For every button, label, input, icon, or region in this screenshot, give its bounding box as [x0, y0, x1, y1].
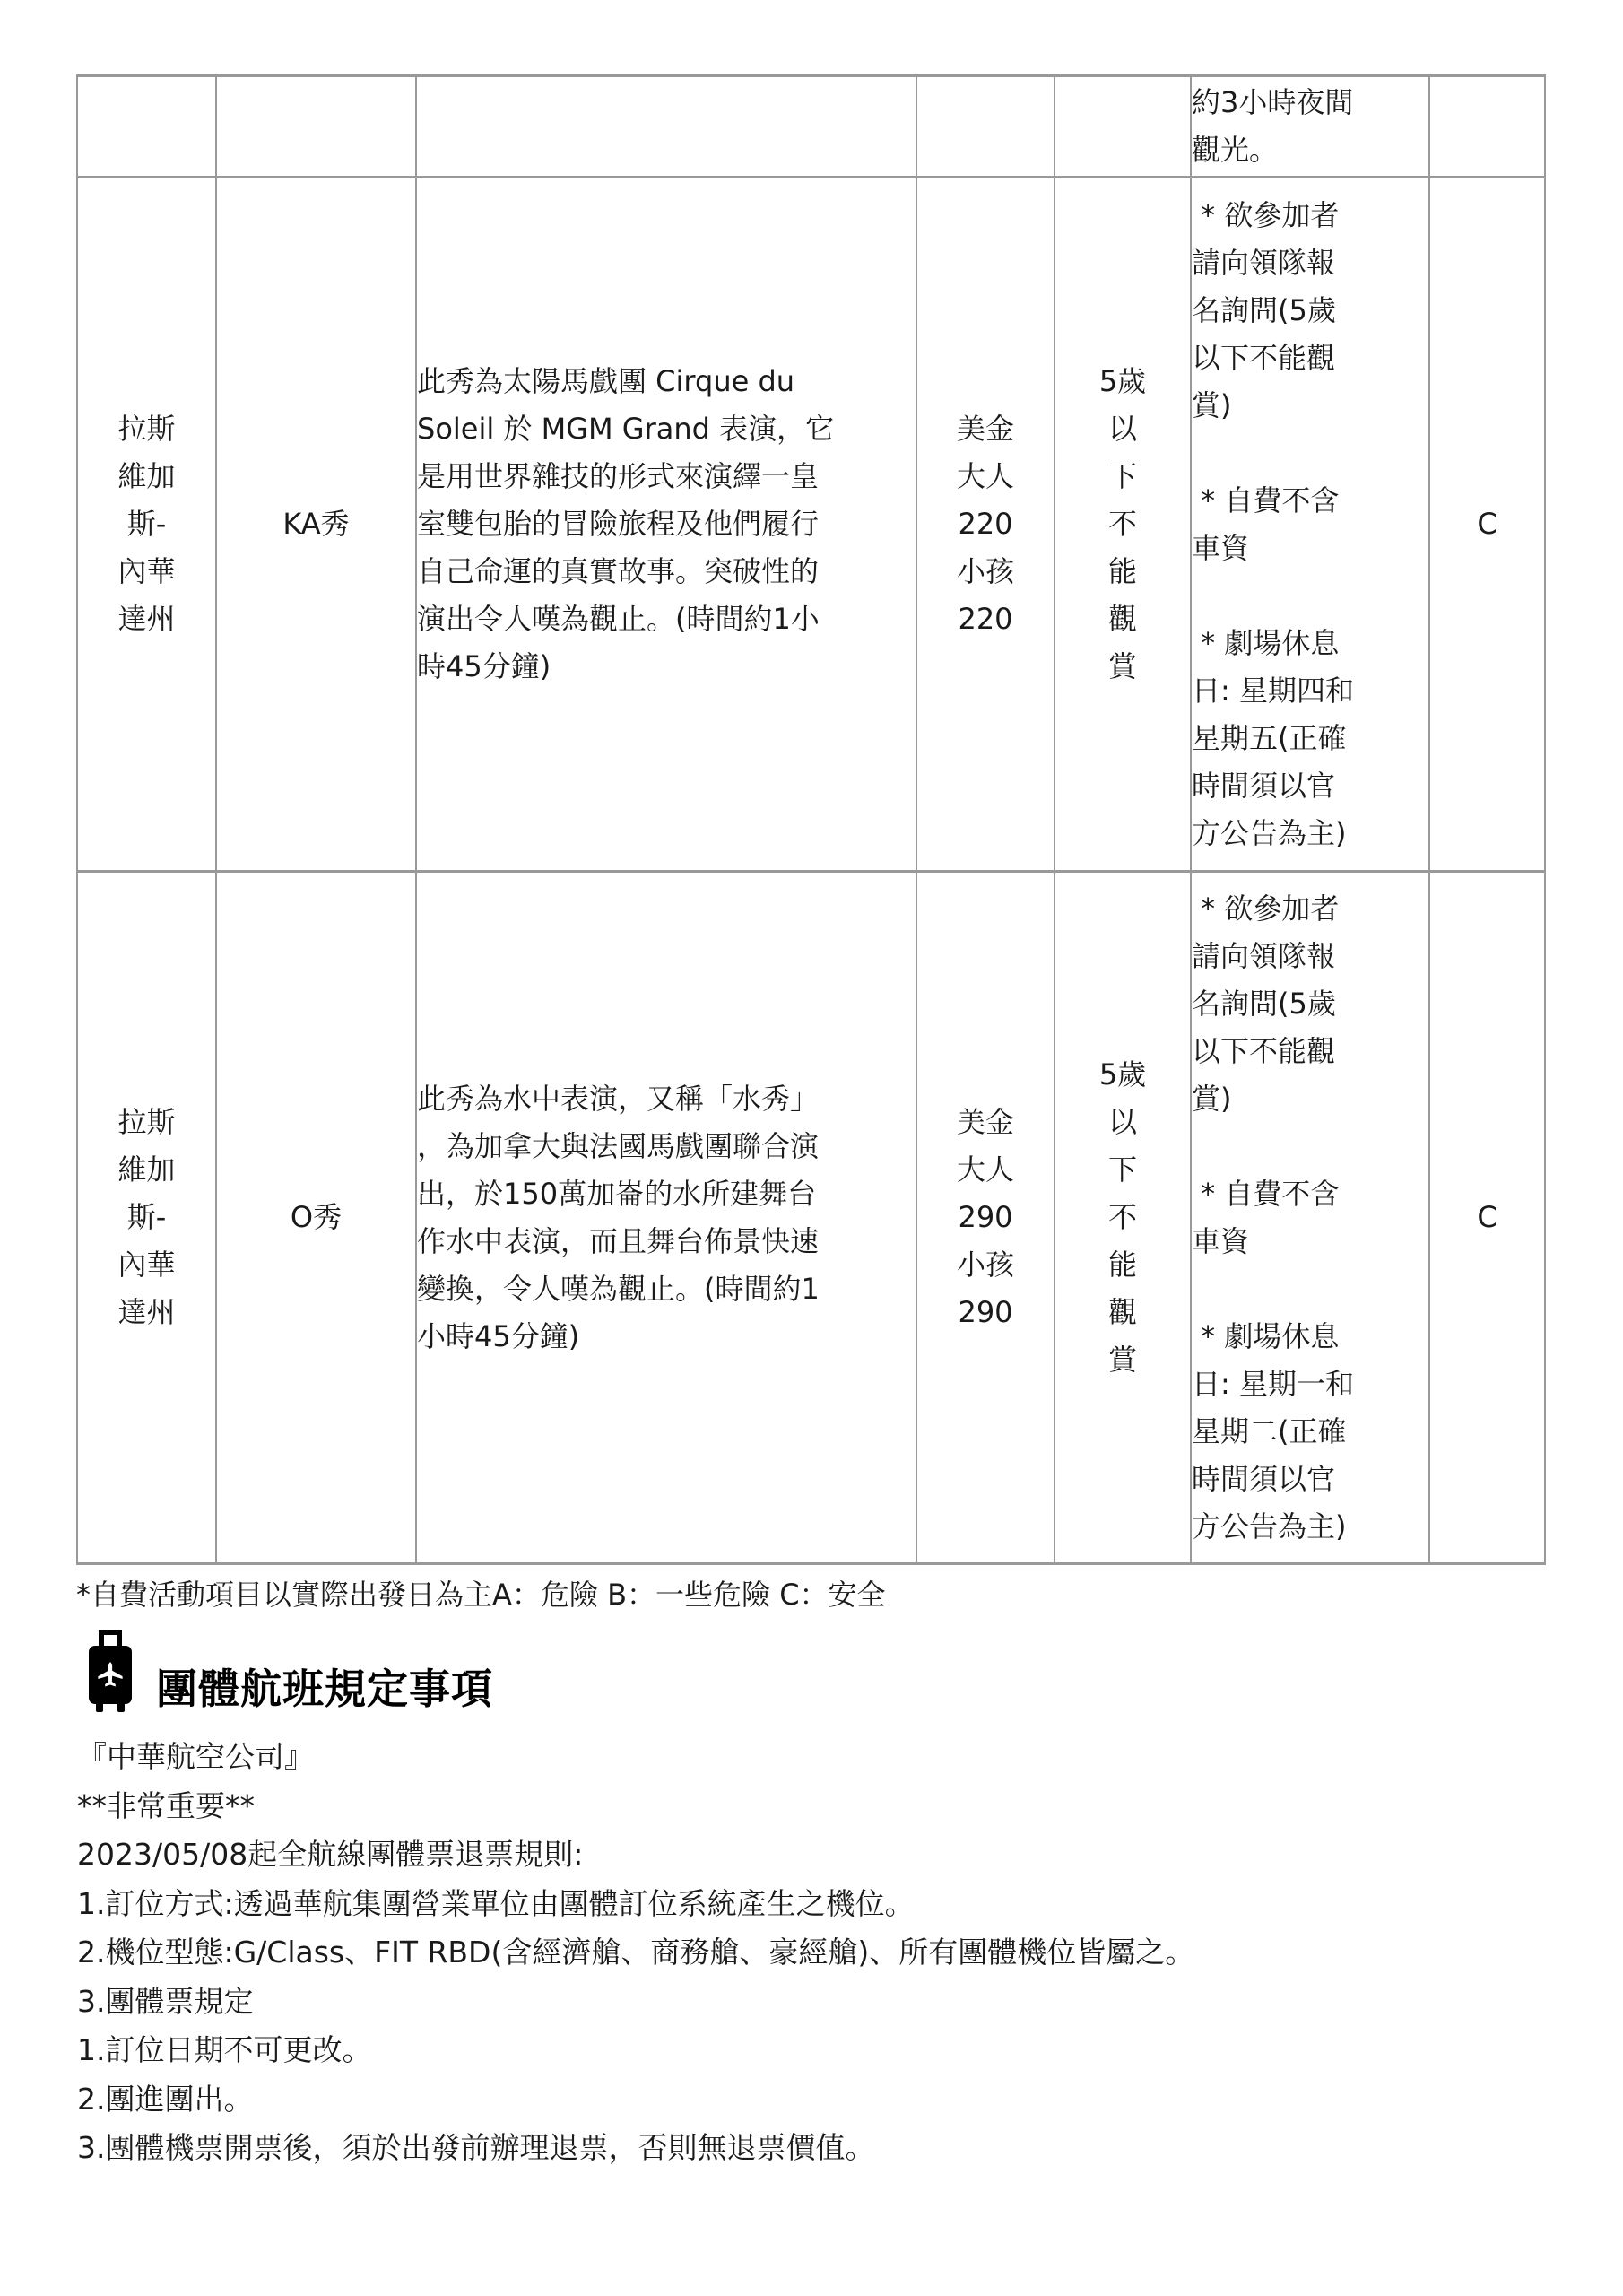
luggage-body	[89, 1646, 132, 1704]
table-row-o-show: 拉斯 維加 斯- 內華 達州 O秀 此秀為水中表演，又稱「水秀」 ，為加拿大與法…	[77, 872, 1545, 1564]
cell-notes: 約3小時夜間 觀光。	[1191, 76, 1429, 178]
cell-safety-rating	[1429, 76, 1545, 178]
cell-show-name: O秀	[216, 872, 416, 1564]
very-important-note: **非常重要**	[77, 1782, 1557, 1831]
cell-description: 此秀為太陽馬戲團 Cirque du Soleil 於 MGM Grand 表演…	[416, 178, 916, 872]
cell-price: 美金 大人 290 小孩 290	[916, 872, 1055, 1564]
cell-show-name: KA秀	[216, 178, 416, 872]
rule-date-no-change: 1.訂位日期不可更改。	[77, 2026, 1557, 2075]
group-flight-section-heading: 團體航班規定事項	[88, 1630, 493, 1716]
safety-legend-footnote: *自費活動項目以實際出發日為主A：危險 B：一些危險 C：安全	[76, 1575, 886, 1614]
section-title: 團體航班規定事項	[156, 1657, 493, 1716]
document-page: { "colors": { "table_border": "#999999",…	[0, 0, 1623, 2296]
table-row-continuation: 約3小時夜間 觀光。	[77, 76, 1545, 178]
cell-safety-rating: C	[1429, 178, 1545, 872]
cell-notes: * 欲參加者 請向領隊報 名詢問(5歲 以下不能觀 賞) * 自費不含 車資 *…	[1191, 178, 1429, 872]
cell-price: 美金 大人 220 小孩 220	[916, 178, 1055, 872]
cell-description: 此秀為水中表演，又稱「水秀」 ，為加拿大與法國馬戲團聯合演 出，於150萬加崙的…	[416, 872, 916, 1564]
luggage-handle	[99, 1630, 122, 1647]
airline-name: 『中華航空公司』	[77, 1733, 1557, 1782]
table-row-ka-show: 拉斯 維加 斯- 內華 達州 KA秀 此秀為太陽馬戲團 Cirque du So…	[77, 178, 1545, 872]
luggage-airplane-icon	[88, 1630, 133, 1712]
cell-age-restriction: 5歲 以 下 不 能 觀 賞	[1055, 178, 1191, 872]
refund-rules-intro: 2023/05/08起全航線團體票退票規則:	[77, 1831, 1557, 1880]
rule-booking-method: 1.訂位方式:透過華航集團營業單位由團體訂位系統產生之機位。	[77, 1880, 1557, 1929]
luggage-feet	[89, 1704, 132, 1712]
cell-location	[77, 76, 216, 178]
optional-activities-table: 約3小時夜間 觀光。 拉斯 維加 斯- 內華 達州 KA秀 此秀為太陽馬戲團 C…	[76, 74, 1546, 1565]
cell-safety-rating: C	[1429, 872, 1545, 1564]
cell-price	[916, 76, 1055, 178]
cell-age-restriction	[1055, 76, 1191, 178]
cell-age-restriction: 5歲 以 下 不 能 觀 賞	[1055, 872, 1191, 1564]
rule-group-in-out: 2.團進團出。	[77, 2075, 1557, 2125]
rule-seat-type: 2.機位型態:G/Class、FIT RBD(含經濟艙、商務艙、豪經艙)、所有團…	[77, 1928, 1557, 1978]
airplane-icon	[95, 1660, 126, 1691]
rule-group-ticket: 3.團體票規定	[77, 1978, 1557, 2027]
cell-location: 拉斯 維加 斯- 內華 達州	[77, 872, 216, 1564]
cell-notes: * 欲參加者 請向領隊報 名詢問(5歲 以下不能觀 賞) * 自費不含 車資 *…	[1191, 872, 1429, 1564]
cell-show-name	[216, 76, 416, 178]
cell-description	[416, 76, 916, 178]
cell-location: 拉斯 維加 斯- 內華 達州	[77, 178, 216, 872]
group-flight-rules-text: 『中華航空公司』 **非常重要** 2023/05/08起全航線團體票退票規則:…	[77, 1733, 1557, 2173]
rule-refund-before-departure: 3.團體機票開票後，須於出發前辦理退票，否則無退票價值。	[77, 2124, 1557, 2173]
